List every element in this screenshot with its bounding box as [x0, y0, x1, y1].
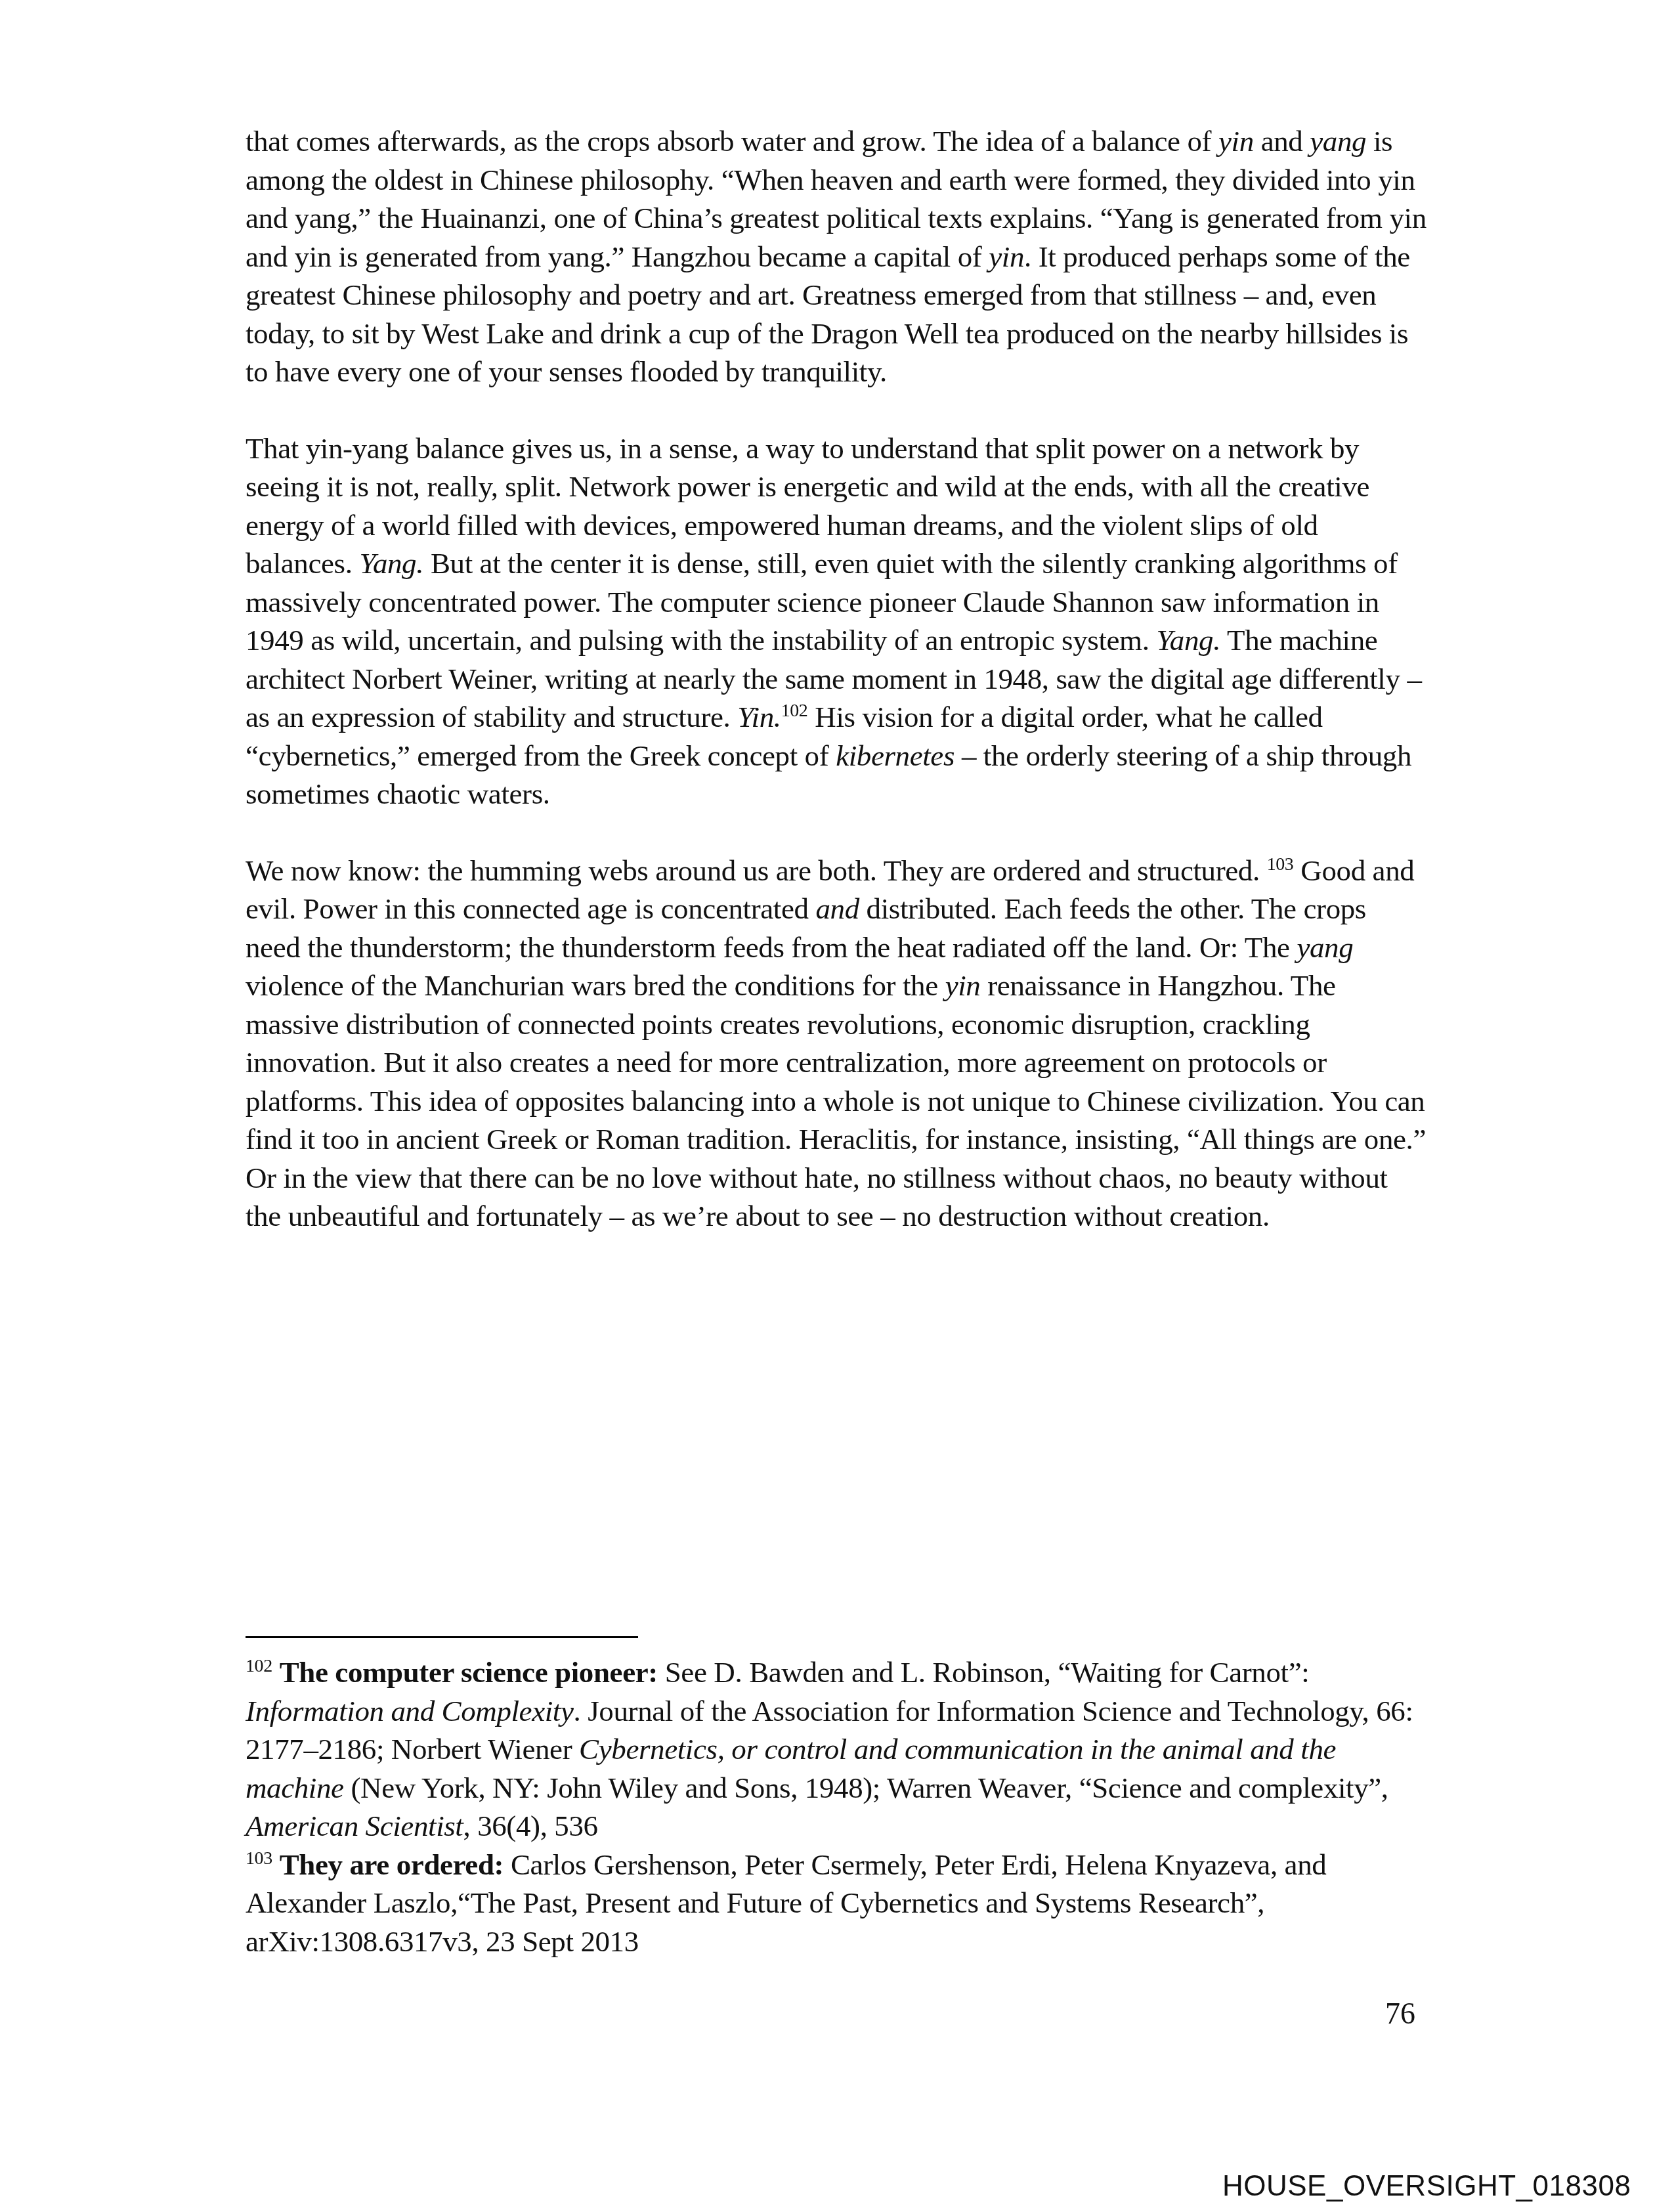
paragraph-1: that comes afterwards, as the crops abso… [246, 122, 1427, 391]
paragraph-3: We now know: the humming webs around us … [246, 852, 1427, 1236]
bates-stamp: HOUSE_OVERSIGHT_018308 [1222, 2170, 1631, 2203]
footnote-text: The computer science pioneer: See D. Baw… [246, 1656, 1413, 1842]
footnote-103: 103 They are ordered: Carlos Gershenson,… [246, 1846, 1427, 1961]
body-text: that comes afterwards, as the crops abso… [246, 122, 1427, 1274]
footnote-text: They are ordered: Carlos Gershenson, Pet… [246, 1848, 1326, 1958]
footnote-number: 103 [246, 1848, 272, 1869]
paragraph-2: That yin-yang balance gives us, in a sen… [246, 429, 1427, 813]
footnote-number: 102 [246, 1656, 272, 1676]
page-number: 76 [1385, 1996, 1415, 2031]
footnotes: 102 The computer science pioneer: See D.… [246, 1653, 1427, 1961]
footnote-separator [246, 1636, 638, 1638]
footnote-102: 102 The computer science pioneer: See D.… [246, 1653, 1427, 1846]
